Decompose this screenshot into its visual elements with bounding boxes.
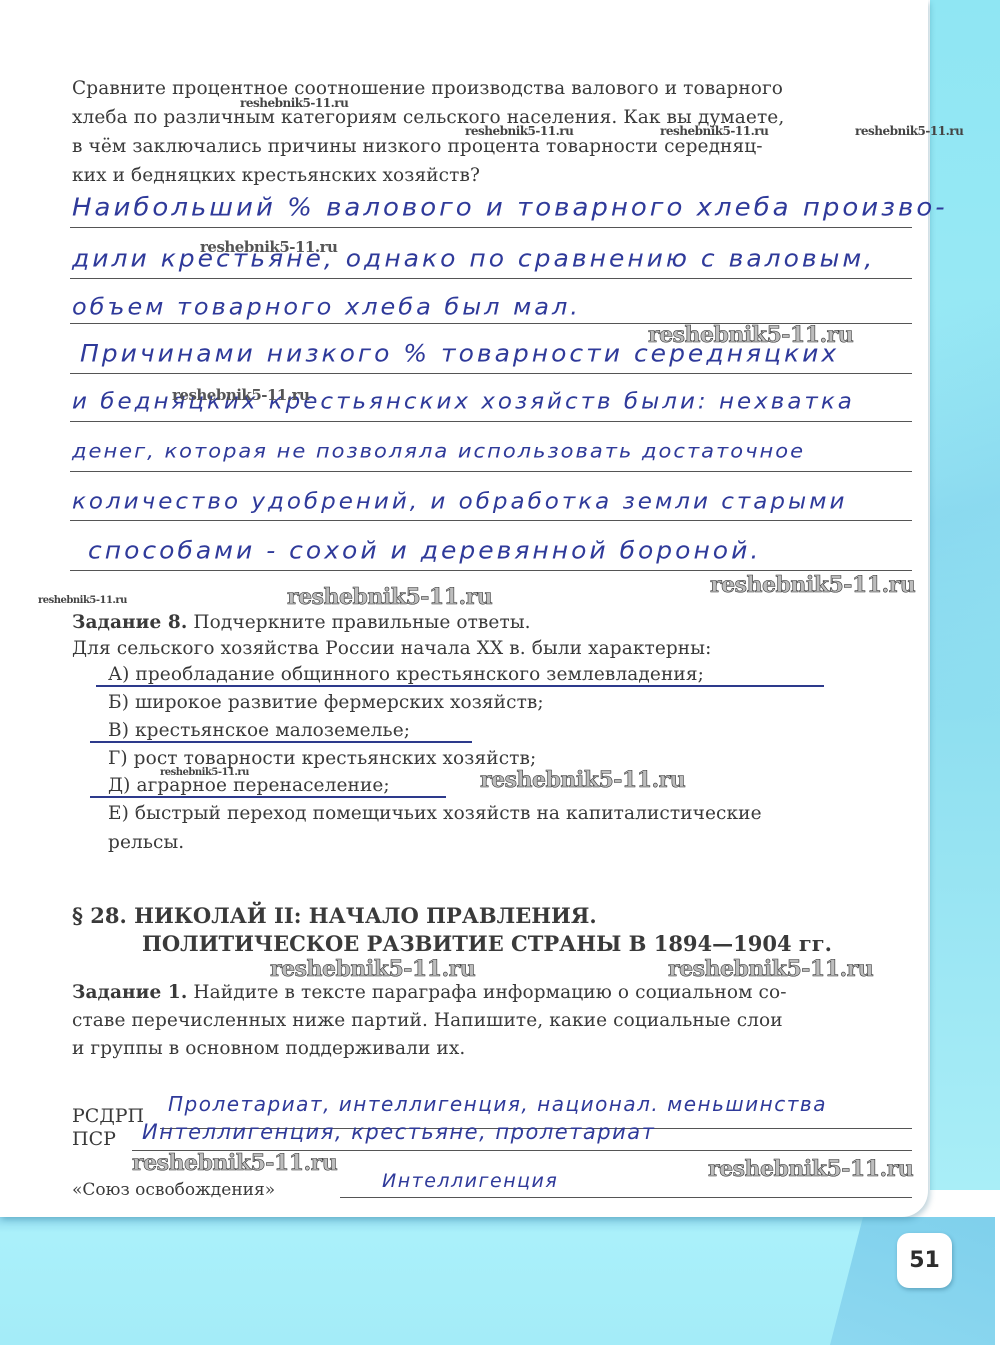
watermark: reshebnik5-11.ru bbox=[465, 124, 573, 138]
handwritten-answer-line: Наибольший % валового и товарного хлеба … bbox=[72, 194, 948, 223]
watermark: reshebnik5-11.ru bbox=[660, 124, 768, 138]
task8-prompt: Для сельского хозяйства России начала XX… bbox=[72, 634, 711, 663]
answer-ruled-line bbox=[70, 278, 912, 279]
field-answer-rsdrp: Пролетариат, интеллигенция, национал. ме… bbox=[168, 1092, 827, 1116]
task1-text: Найдите в тексте параграфа информацию о … bbox=[193, 982, 786, 1003]
task1-text: и группы в основном поддерживали их. bbox=[72, 1034, 465, 1063]
task8-title: Задание 8. bbox=[72, 612, 187, 633]
answer-ruled-line bbox=[70, 227, 912, 228]
answer-ruled-line bbox=[70, 520, 912, 521]
answer-ruled-line bbox=[70, 421, 912, 422]
section-title-line2: ПОЛИТИЧЕСКОЕ РАЗВИТИЕ СТРАНЫ В 1894—1904… bbox=[142, 931, 832, 956]
field-input-union[interactable] bbox=[340, 1197, 912, 1198]
task8-option-f[interactable]: Е) быстрый переход помещичьих хозяйств н… bbox=[108, 799, 762, 828]
handwritten-answer-line: объем товарного хлеба был мал. bbox=[72, 294, 581, 321]
section-title-line1: НИКОЛАЙ II: НАЧАЛО ПРАВЛЕНИЯ. bbox=[134, 903, 597, 928]
question-line: Сравните процентное соотношение производ… bbox=[72, 74, 783, 103]
watermark: reshebnik5-11.ru bbox=[855, 124, 963, 138]
underline-mark bbox=[90, 796, 446, 798]
task1-title: Задание 1. bbox=[72, 982, 187, 1003]
watermark: reshebnik5-11.ru bbox=[648, 322, 853, 348]
task8-heading: Задание 8. Подчеркните правильные ответы… bbox=[72, 608, 531, 637]
task8-option-f-continuation: рельсы. bbox=[108, 828, 184, 857]
watermark: reshebnik5-11.ru bbox=[160, 767, 249, 778]
task8-instruction: Подчеркните правильные ответы. bbox=[193, 612, 530, 633]
handwritten-answer-line: денег, которая не позволяла использовать… bbox=[72, 440, 805, 463]
field-label-psr: ПСР bbox=[72, 1128, 116, 1150]
answer-ruled-line bbox=[70, 373, 912, 374]
answer-ruled-line bbox=[70, 570, 912, 571]
watermark: reshebnik5-11.ru bbox=[710, 572, 915, 598]
question-line: ких и бедняцких крестьянских хозяйств? bbox=[72, 161, 480, 190]
field-label-rsdrp: РСДРП bbox=[72, 1105, 144, 1127]
watermark: reshebnik5-11.ru bbox=[270, 956, 475, 982]
field-label-union: «Союз освобождения» bbox=[72, 1180, 275, 1200]
underline-mark bbox=[96, 685, 824, 687]
page-number: 51 bbox=[897, 1233, 952, 1288]
task1-heading: Задание 1. Найдите в тексте параграфа ин… bbox=[72, 978, 787, 1007]
section-number: § 28. bbox=[72, 903, 127, 928]
decorative-background-bottom bbox=[0, 1217, 995, 1345]
underline-mark bbox=[90, 741, 472, 743]
field-answer-union: Интеллигенция bbox=[382, 1170, 558, 1192]
task1-text: ставе перечисленных ниже партий. Напишит… bbox=[72, 1006, 783, 1035]
watermark: reshebnik5-11.ru bbox=[240, 96, 348, 110]
watermark: reshebnik5-11.ru bbox=[38, 595, 127, 606]
watermark: reshebnik5-11.ru bbox=[708, 1156, 913, 1182]
answer-ruled-line bbox=[70, 471, 912, 472]
section-heading-line1: § 28. НИКОЛАЙ II: НАЧАЛО ПРАВЛЕНИЯ. bbox=[72, 903, 597, 928]
watermark: reshebnik5-11.ru bbox=[287, 584, 492, 610]
handwritten-answer-line: способами - сохой и деревянной бороной. bbox=[88, 537, 761, 565]
decorative-background-right bbox=[930, 0, 1000, 1190]
watermark: reshebnik5-11.ru bbox=[668, 956, 873, 982]
watermark: reshebnik5-11.ru bbox=[200, 238, 337, 256]
field-answer-psr: Интеллигенция, крестьяне, пролетариат bbox=[142, 1120, 655, 1144]
watermark: reshebnik5-11.ru bbox=[172, 386, 309, 404]
task8-option-b[interactable]: Б) широкое развитие фермерских хозяйств; bbox=[108, 688, 544, 717]
watermark: reshebnik5-11.ru bbox=[480, 767, 685, 793]
handwritten-answer-line: количество удобрений, и обработка земли … bbox=[72, 490, 847, 515]
workbook-page: Сравните процентное соотношение производ… bbox=[0, 0, 928, 1217]
handwritten-answer-line: дили крестьяне, однако по сравнению с ва… bbox=[72, 245, 875, 273]
watermark: reshebnik5-11.ru bbox=[132, 1150, 337, 1176]
